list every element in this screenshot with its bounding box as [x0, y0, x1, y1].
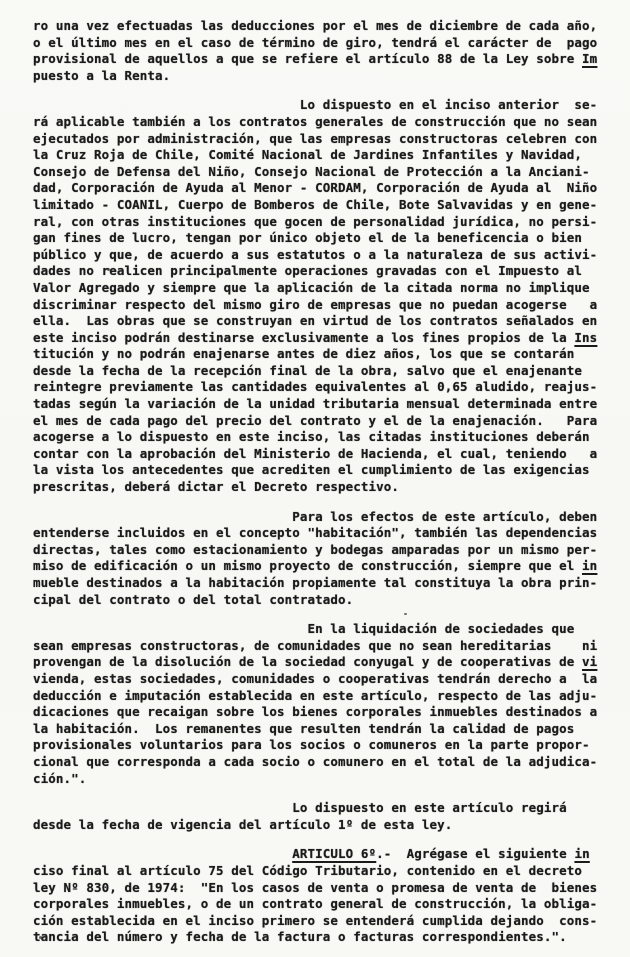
text-line: titución y no podrán enajenarse antes de…: [33, 346, 604, 363]
text-line: gan fines de lucro, tengan por único obj…: [33, 230, 604, 247]
paragraph-4: En la liquidación de sociedades quesean …: [33, 621, 604, 787]
text-line: cional que corresponda a cada socio o co…: [33, 754, 604, 771]
text-line: limitado - COANIL, Cuerpo de Bomberos de…: [33, 197, 604, 214]
text-line: mueble destinados a la habitación propia…: [33, 575, 604, 592]
text-line: Lo dispuesto en el inciso anterior se-: [33, 97, 604, 114]
scan-speck: [39, 936, 42, 939]
text-line: desde la fecha de vigencia del artículo …: [33, 817, 604, 834]
text-line: prescritas, deberá dictar el Decreto res…: [33, 479, 604, 496]
text-line: dad, Corporación de Ayuda al Menor - COR…: [33, 180, 604, 197]
underlined-text: vi: [582, 654, 597, 669]
text-line: tancia del número y fecha de la factura …: [33, 929, 604, 946]
text-line: ral, con otras instituciones que gocen d…: [33, 214, 604, 231]
paragraph-2: Lo dispuesto en el inciso anterior se-rá…: [33, 97, 604, 495]
text-line: desde la fecha de la recepción final de …: [33, 363, 604, 380]
text-line: la Cruz Roja de Chile, Comité Nacional d…: [33, 147, 604, 164]
text-line: el mes de cada pago del precio del contr…: [33, 413, 604, 430]
text-line: ciso final al artículo 75 del Código Tri…: [33, 863, 604, 880]
scan-speck: [360, 905, 362, 908]
text-line: directas, tales como estacionamiento y b…: [33, 542, 604, 559]
text-line: ejecutados por administración, que las e…: [33, 131, 604, 148]
paragraph-3: Para los efectos de este artículo, deben…: [33, 509, 604, 609]
paragraph-1: ro una vez efectuadas las deducciones po…: [33, 18, 604, 84]
text-line: ley Nº 830, de 1974: "En los casos de ve…: [33, 880, 604, 897]
text-line: dades no realicen principalmente operaci…: [33, 263, 604, 280]
text-line: reintegre previamente las cantidades equ…: [33, 379, 604, 396]
text-segment: .- Agrégase el siguiente: [376, 846, 574, 861]
paragraph-5: Lo dispuesto en este artículo regirádesd…: [33, 800, 604, 833]
underlined-text: Im: [582, 51, 597, 66]
text-line: Para los efectos de este artículo, deben: [33, 509, 604, 526]
text-segment: miso de edificación o un mismo proyecto …: [33, 558, 582, 573]
text-line: ella. Las obras que se construyan en vir…: [33, 313, 604, 330]
text-line: ción establecida en el inciso primero se…: [33, 913, 604, 930]
text-segment: provisional de aquellos a que se refiere…: [33, 51, 582, 66]
document-body: ro una vez efectuadas las deducciones po…: [33, 18, 604, 946]
text-line: ción.".: [33, 771, 604, 788]
text-line: Lo dispuesto en este artículo regirá: [33, 800, 604, 817]
text-line: provengan de la disolución de la socieda…: [33, 654, 604, 671]
text-line: miso de edificación o un mismo proyecto …: [33, 558, 604, 575]
text-line: entenderse incluidos en el concepto "hab…: [33, 525, 604, 542]
text-line: provisional de aquellos a que se refiere…: [33, 51, 604, 68]
text-line: dicaciones que recaigan sobre los bienes…: [33, 704, 604, 721]
text-line: Consejo de Defensa del Niño, Consejo Nac…: [33, 164, 604, 181]
underlined-text: in: [574, 846, 589, 861]
text-line: Valor Agregado y siempre que la aplicaci…: [33, 280, 604, 297]
text-segment: [33, 846, 292, 861]
text-line: discriminar respecto del mismo giro de e…: [33, 297, 604, 314]
text-line: la vista los antecedentes que acrediten …: [33, 462, 604, 479]
text-line: ro una vez efectuadas las deducciones po…: [33, 18, 604, 35]
text-line: corporales inmuebles, o de un contrato g…: [33, 896, 604, 913]
document-page: ro una vez efectuadas las deducciones po…: [0, 0, 630, 957]
text-line: puesto a la Renta.: [33, 68, 604, 85]
text-line: acogerse a lo dispuesto en este inciso, …: [33, 429, 604, 446]
underlined-text: Ins: [574, 330, 597, 345]
text-line: tadas según la variación de la unidad tr…: [33, 396, 604, 413]
scan-speck: [107, 268, 110, 271]
text-segment: este inciso podrán destinarse exclusivam…: [33, 330, 574, 345]
paragraph-6: ARTICULO 6º.- Agrégase el siguiente inci…: [33, 846, 604, 946]
underlined-text: ARTICULO 6º: [292, 846, 376, 861]
text-line: rá aplicable también a los contratos gen…: [33, 114, 604, 131]
text-segment: provengan de la disolución de la socieda…: [33, 654, 582, 669]
text-line: público y que, de acuerdo a sus estatuto…: [33, 247, 604, 264]
scan-speck: [404, 613, 407, 615]
scan-speck: [218, 137, 220, 140]
text-line: contar con la aprobación del Ministerio …: [33, 446, 604, 463]
text-line: la habitación. Los remanentes que result…: [33, 721, 604, 738]
text-line: sean empresas constructoras, de comunida…: [33, 638, 604, 655]
underlined-text: in: [582, 558, 597, 573]
text-line: deducción e imputación establecida en es…: [33, 688, 604, 705]
text-line: provisionales voluntarios para los socio…: [33, 737, 604, 754]
text-line: vienda, estas sociedades, comunidades o …: [33, 671, 604, 688]
text-line: ARTICULO 6º.- Agrégase el siguiente in: [33, 846, 604, 863]
text-line: cipal del contrato o del total contratad…: [33, 592, 604, 609]
text-line: o el último mes en el caso de término de…: [33, 35, 604, 52]
text-line: este inciso podrán destinarse exclusivam…: [33, 330, 604, 347]
text-line: En la liquidación de sociedades que: [33, 621, 604, 638]
